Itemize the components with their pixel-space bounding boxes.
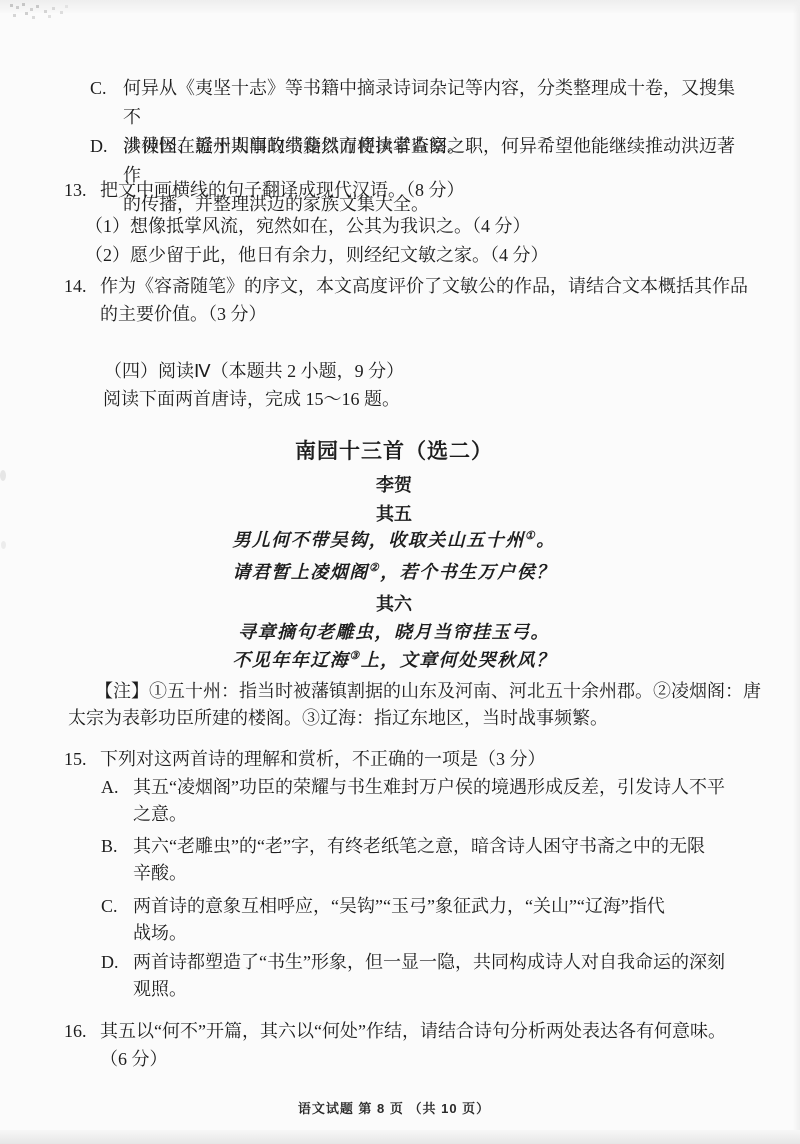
poem-line-text: 不见年年辽海 [232, 650, 349, 670]
question-13-subitem-1: （1）想像抵掌风流，宛然如在，公其为我识之。（4 分） [85, 212, 531, 240]
poem-line-text: ，若个书生万户侯？ [380, 562, 556, 582]
question-text: 下列对这两首诗的理解和赏析，不正确的一项是（3 分） [100, 745, 762, 773]
question-14: 14. 作为《容斋随笔》的序文，本文高度评价了文敏公的作品，请结合文本概括其作品… [64, 272, 762, 328]
poem-line-text: 寻章摘句老雕虫，晓月当帘挂玉弓。 [238, 622, 550, 642]
poem-line-text: 上，文章何处哭秋风？ [361, 650, 556, 670]
option-row-d2: D. 两首诗都塑造了“书生”形象，但一显一隐，共同构成诗人对自我命运的深刻 观照… [101, 949, 755, 1003]
option-text: 其五“凌烟阁”功臣的荣耀与书生难封万户侯的境遇形成反差，引发诗人不平 之意。 [133, 774, 755, 828]
exam-page: C. 何异从《夷坚十志》等书籍中摘录诗词杂记等内容，分类整理成十卷，又搜集不 涉… [0, 0, 800, 1144]
poem-note: 【注】①五十州：指当时被藩镇割据的山东及河南、河北五十余州郡。②凌烟阁：唐 太宗… [68, 678, 784, 732]
question-16: 16. 其五以“何不”开篇，其六以“何处”作结，请结合诗句分析两处表达各有何意味… [64, 1017, 762, 1073]
question-13-subitem-2: （2）愿少留于此，他日有余力，则经纪文敏之家。（4 分） [85, 241, 549, 269]
question-number: 14. [64, 272, 100, 328]
poem-line-1: 男儿何不带吴钩，收取关山五十州①。 [0, 527, 788, 553]
option-row-c2: C. 两首诗的意象互相呼应，“吴钩”“玉弓”象征武力，“关山”“辽海”指代 战场… [101, 893, 755, 947]
question-text: 作为《容斋随笔》的序文，本文高度评价了文敏公的作品，请结合文本概括其作品 的主要… [100, 272, 762, 328]
scan-noise-top-left [10, 4, 13, 7]
option-row-a: A. 其五“凌烟阁”功臣的荣耀与书生难封万户侯的境遇形成反差，引发诗人不平 之意… [101, 774, 755, 828]
scan-bottom-edge [0, 1130, 800, 1144]
poem-part-heading-6: 其六 [0, 593, 788, 615]
page-footer: 语文试题 第 8 页 （共 10 页） [0, 1098, 788, 1117]
scan-top-edge [0, 0, 800, 13]
poem-line-4: 不见年年辽海③上，文章何处哭秋风？ [0, 647, 788, 673]
option-label: A. [101, 774, 133, 828]
poem-title: 南园十三首（选二） [0, 438, 788, 464]
section-heading: （四）阅读Ⅳ（本题共 2 小题，9 分） [104, 357, 404, 385]
question-number: 16. [64, 1017, 100, 1073]
option-text: 其六“老雕虫”的“老”字，有终老纸笔之意，暗含诗人困守书斋之中的无限 辛酸。 [133, 833, 755, 887]
option-row-b: B. 其六“老雕虫”的“老”字，有终老纸笔之意，暗含诗人困守书斋之中的无限 辛酸… [101, 833, 755, 887]
question-text: 其五以“何不”开篇，其六以“何处”作结，请结合诗句分析两处表达各有何意味。 （6… [100, 1017, 762, 1073]
reading-intro: 阅读下面两首唐诗，完成 15～16 题。 [103, 385, 400, 413]
poem-part-heading-5: 其五 [0, 503, 788, 525]
question-15: 15. 下列对这两首诗的理解和赏析，不正确的一项是（3 分） [64, 745, 762, 773]
question-13: 13. 把文中画横线的句子翻译成现代汉语。（8 分） [64, 176, 762, 204]
question-text: 把文中画横线的句子翻译成现代汉语。（8 分） [100, 176, 762, 204]
footnote-marker-1: ① [525, 530, 536, 542]
option-label: B. [101, 833, 133, 887]
footnote-marker-3: ③ [349, 650, 360, 662]
poem-line-3: 寻章摘句老雕虫，晓月当帘挂玉弓。 [0, 619, 788, 645]
poem-line-2: 请君暂上凌烟阁②，若个书生万户侯？ [0, 559, 788, 585]
question-number: 15. [64, 745, 100, 773]
poem-line-text: 请君暂上凌烟阁 [232, 562, 369, 582]
scan-right-edge [793, 0, 800, 1144]
poem-line-text: 。 [536, 530, 556, 550]
option-label: C. [101, 893, 133, 947]
footnote-marker-2: ② [369, 562, 380, 574]
option-label: D. [101, 949, 133, 1003]
poem-author: 李贺 [0, 474, 788, 496]
option-text: 两首诗都塑造了“书生”形象，但一显一隐，共同构成诗人对自我命运的深刻 观照。 [133, 949, 755, 1003]
question-number: 13. [64, 176, 100, 204]
option-text: 两首诗的意象互相呼应，“吴钩”“玉弓”象征武力，“关山”“辽海”指代 战场。 [133, 893, 755, 947]
poem-line-text: 男儿何不带吴钩，收取关山五十州 [232, 530, 525, 550]
